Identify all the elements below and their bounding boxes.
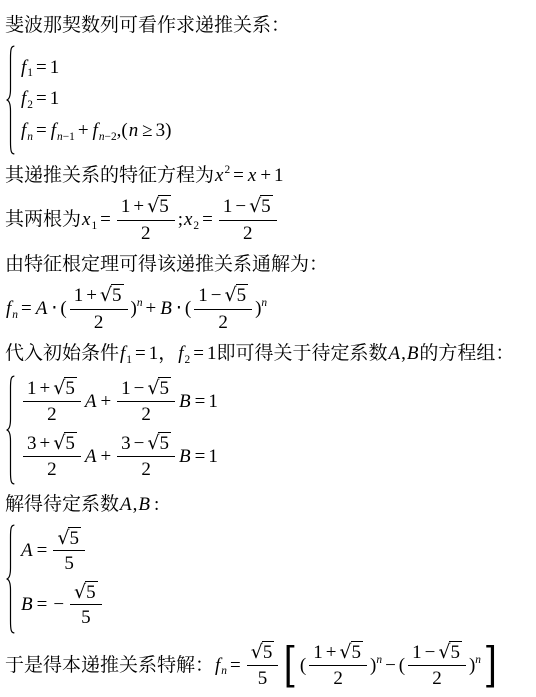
math-number: 1: [223, 196, 233, 217]
math-variable: B: [159, 298, 173, 319]
math-number: 1: [27, 378, 37, 399]
math-sqrt: √5: [339, 641, 363, 663]
text-run: 解得待定系数: [5, 493, 119, 515]
math-number: 5: [450, 642, 460, 663]
math-number: −1: [63, 131, 75, 143]
math-number: 2: [94, 312, 104, 333]
math-sqrt: √5: [147, 195, 171, 217]
math-document: 斐波那契数列可看作求递推关系：f1=1f2=1fn=fn−1+fn−2,(n≥3…: [0, 0, 536, 697]
math-variable: A: [387, 343, 401, 364]
math-number: 1: [198, 285, 208, 306]
math-operator: =: [34, 594, 51, 615]
fraction-denominator: 2: [117, 402, 175, 426]
fraction-numerator: 1−√5: [117, 377, 175, 402]
math-sqrt: √5: [147, 377, 171, 399]
particular-solution-line: 于是得本递推关系特解：fn=√55[(1+√52)n−(1−√52)n]: [5, 641, 532, 691]
math-number: 2: [47, 404, 57, 425]
math-number: 1: [208, 446, 218, 467]
radical-symbol: √: [147, 195, 158, 217]
initial-conditions-line: 代入初始条件f1=1，f2=1即可得关于待定系数A,B的方程组：: [5, 341, 532, 368]
math-operator: =: [132, 343, 149, 364]
math-sqrt: √5: [53, 377, 77, 399]
math-number: 1: [412, 642, 422, 663]
radical-symbol: √: [339, 641, 350, 663]
math-operator: =: [97, 209, 114, 230]
fraction-denominator: 5: [70, 605, 102, 629]
math-operator: −: [131, 433, 148, 454]
radical-symbol: √: [100, 284, 111, 306]
text-run: 于是得本递推关系特解：: [5, 654, 214, 676]
intro-line: 斐波那契数列可看作求递推关系：: [5, 13, 532, 38]
math-variable: B: [406, 343, 420, 364]
fraction-denominator: 2: [309, 666, 367, 690]
math-sqrt: √5: [57, 527, 81, 549]
math-variable: f: [50, 120, 57, 141]
math-operator: =: [190, 343, 207, 364]
math-operator: −: [208, 285, 225, 306]
fraction-denominator: 2: [408, 666, 466, 690]
math-variable: B: [178, 446, 192, 467]
text-run: 的方程组：: [419, 342, 514, 364]
left-curly-brace: [5, 375, 16, 485]
radicand: 5: [351, 641, 364, 662]
math-number: 5: [81, 607, 91, 628]
math-number: 5: [258, 668, 268, 689]
math-number: 1: [50, 88, 60, 109]
math-operator: =: [34, 540, 51, 561]
radicand: 5: [262, 641, 275, 662]
text-run: 其两根为: [5, 208, 81, 230]
math-number: 5: [263, 642, 273, 663]
radical-symbol: √: [249, 195, 260, 217]
math-subscript: n−1: [57, 129, 75, 143]
math-variable: x: [214, 165, 224, 186]
equation-stack: f1=1f2=1fn=fn−1+fn−2,(n≥3): [16, 53, 171, 148]
math-operator: +: [37, 378, 54, 399]
math-number: 2: [47, 459, 57, 480]
math-variable: A: [35, 298, 49, 319]
math-operator: =: [227, 655, 244, 676]
math-operator: +: [143, 298, 160, 319]
fibonacci-recurrence-system: f1=1f2=1fn=fn−1+fn−2,(n≥3): [5, 45, 532, 155]
math-subscript: n−2: [99, 129, 117, 143]
left-curly-brace: [5, 45, 16, 155]
math-number: 2: [141, 223, 151, 244]
radicand: 5: [158, 432, 171, 453]
math-sqrt: √5: [438, 641, 462, 663]
math-fraction: √55: [53, 527, 85, 576]
math-fraction: √55: [70, 581, 102, 630]
math-number: 1: [274, 165, 284, 186]
math-operator: =: [199, 209, 216, 230]
radicand: 5: [111, 284, 124, 305]
solve-coefficients-line: 解得待定系数A,B:: [5, 492, 532, 517]
characteristic-equation-line: 其递推关系的特征方程为x2=x+1: [5, 162, 532, 188]
math-operator: ⋅: [173, 298, 185, 319]
fraction-denominator: 2: [117, 221, 175, 245]
math-variable: B: [178, 391, 192, 412]
radicand: 5: [85, 581, 98, 602]
radicand: 5: [68, 527, 81, 548]
math-number: 5: [159, 378, 169, 399]
math-operator: =: [230, 165, 247, 186]
fraction-numerator: 1−√5: [194, 284, 252, 309]
math-number: 1: [50, 57, 60, 78]
radical-symbol: √: [53, 377, 64, 399]
math-number: (: [399, 655, 405, 676]
math-operator: =: [18, 298, 35, 319]
math-operator: +: [97, 446, 114, 467]
system-row: 1+√52A+1−√52B=1: [20, 375, 218, 430]
math-operator: =: [192, 446, 209, 467]
math-number: 5: [159, 433, 169, 454]
math-superscript: n: [261, 295, 267, 309]
math-variable: x: [81, 209, 91, 230]
fraction-numerator: 1+√5: [70, 284, 128, 309]
math-number: 3: [27, 433, 37, 454]
math-bracket: [: [284, 642, 297, 690]
system-row: f2=1: [20, 84, 171, 116]
math-operator: +: [83, 285, 100, 306]
math-number: 5: [352, 642, 362, 663]
math-number: 1: [208, 391, 218, 412]
math-sqrt: √5: [251, 641, 275, 663]
fraction-numerator: √5: [53, 527, 85, 551]
math-operator: ⋅: [48, 298, 60, 319]
math-operator: −: [382, 655, 399, 676]
math-number: (: [60, 298, 66, 319]
math-variable: A: [119, 494, 133, 515]
radical-symbol: √: [251, 641, 262, 663]
system-row: f1=1: [20, 53, 171, 85]
math-operator: +: [257, 165, 274, 186]
system-row: A=√55: [20, 525, 105, 579]
fraction-denominator: 5: [53, 551, 85, 575]
math-fraction: 1−√52: [194, 284, 252, 334]
fraction-denominator: 2: [23, 457, 81, 481]
fraction-numerator: 1+√5: [309, 641, 367, 666]
math-bracket: ]: [484, 642, 497, 690]
math-operator: =: [192, 391, 209, 412]
math-number: (: [300, 655, 306, 676]
fraction-denominator: 2: [70, 310, 128, 334]
math-number: 1: [121, 378, 131, 399]
math-operator: +: [37, 433, 54, 454]
math-variable: B: [137, 494, 151, 515]
math-number: 1: [121, 196, 131, 217]
math-number: 5: [69, 528, 79, 549]
math-sqrt: √5: [100, 284, 124, 306]
left-curly-brace: [5, 524, 16, 634]
math-fraction: 1+√52: [70, 284, 128, 334]
math-superscript: n: [475, 652, 481, 666]
system-row: 3+√52A+3−√52B=1: [20, 430, 218, 485]
math-operator: ≥: [139, 120, 155, 141]
fraction-numerator: 1+√5: [117, 195, 175, 220]
general-solution-intro-line: 由特征根定理可得该递推关系通解为：: [5, 252, 532, 277]
math-fraction: 1+√52: [117, 195, 175, 245]
math-number: 1: [207, 343, 217, 364]
math-operator: =: [33, 120, 50, 141]
radical-symbol: √: [438, 641, 449, 663]
radicand: 5: [64, 377, 77, 398]
math-sqrt: √5: [53, 432, 77, 454]
fraction-denominator: 5: [247, 666, 279, 690]
text-run: 代入初始条件: [5, 342, 119, 364]
math-variable: A: [84, 391, 98, 412]
equation-stack: A=√55B=−√55: [16, 525, 105, 633]
math-fraction: 3−√52: [117, 432, 175, 482]
math-number: −2: [105, 131, 117, 143]
math-number: 2: [218, 312, 228, 333]
math-operator: −: [232, 196, 249, 217]
math-number: 1: [149, 343, 159, 364]
math-variable: A: [84, 446, 98, 467]
fraction-denominator: 2: [219, 221, 277, 245]
radical-symbol: √: [147, 432, 158, 454]
math-sqrt: √5: [249, 195, 273, 217]
fraction-numerator: 1+√5: [23, 377, 81, 402]
math-sqrt: √5: [74, 581, 98, 603]
math-number: 5: [112, 285, 122, 306]
text-run: ，: [158, 342, 177, 364]
math-operator: −: [422, 642, 439, 663]
math-number: (: [185, 298, 191, 319]
roots-line: 其两根为x1=1+√52;x2=1−√52: [5, 195, 532, 245]
math-variable: n: [475, 654, 481, 666]
math-number: 2: [432, 668, 442, 689]
general-solution-equation: fn=A⋅(1+√52)n+B⋅(1−√52)n: [5, 284, 532, 334]
math-sqrt: √5: [224, 284, 248, 306]
radical-symbol: √: [224, 284, 235, 306]
math-variable: n: [128, 120, 140, 141]
math-number: 1: [313, 642, 323, 663]
math-number: 5: [237, 285, 247, 306]
math-operator: +: [130, 196, 147, 217]
radical-symbol: √: [53, 432, 64, 454]
math-operator: −: [50, 594, 67, 615]
math-number: 2: [243, 223, 253, 244]
radicand: 5: [236, 284, 249, 305]
math-operator: +: [323, 642, 340, 663]
math-variable: f: [177, 343, 184, 364]
fraction-denominator: 2: [117, 457, 175, 481]
text-run: 即可得关于待定系数: [216, 342, 387, 364]
math-operator: =: [33, 57, 50, 78]
radicand: 5: [158, 195, 171, 216]
system-row: fn=fn−1+fn−2,(n≥3): [20, 116, 171, 148]
math-variable: A: [20, 540, 34, 561]
math-operator: =: [33, 88, 50, 109]
fraction-numerator: √5: [70, 581, 102, 605]
math-fraction: 1−√52: [117, 377, 175, 427]
math-number: 2: [141, 459, 151, 480]
radicand: 5: [158, 377, 171, 398]
math-operator: −: [131, 378, 148, 399]
equation-stack: 1+√52A+1−√52B=13+√52A+3−√52B=1: [16, 375, 218, 485]
radicand: 5: [260, 195, 273, 216]
math-fraction: 1+√52: [23, 377, 81, 427]
radicand: 5: [449, 641, 462, 662]
fraction-denominator: 2: [23, 402, 81, 426]
radicand: 5: [64, 432, 77, 453]
math-number: ,(: [117, 120, 128, 141]
coefficient-values-system: A=√55B=−√55: [5, 524, 532, 634]
math-number: 5: [65, 433, 75, 454]
radical-symbol: √: [57, 527, 68, 549]
math-number: 5: [64, 553, 74, 574]
fraction-denominator: 2: [194, 310, 252, 334]
math-number: 2: [141, 404, 151, 425]
math-variable: f: [92, 120, 99, 141]
fraction-numerator: 1−√5: [219, 195, 277, 220]
math-operator: +: [75, 120, 92, 141]
text-run: 其递推关系的特征方程为: [5, 164, 214, 186]
math-variable: B: [20, 594, 34, 615]
math-fraction: 1−√52: [219, 195, 277, 245]
math-number: 3: [121, 433, 131, 454]
radical-symbol: √: [74, 581, 85, 603]
math-fraction: 1+√52: [309, 641, 367, 691]
math-superscript: n: [137, 295, 143, 309]
fraction-numerator: 1−√5: [408, 641, 466, 666]
math-variable: x: [183, 209, 193, 230]
math-operator: :: [151, 494, 162, 515]
math-sqrt: √5: [147, 432, 171, 454]
math-number: 5: [65, 378, 75, 399]
radical-symbol: √: [147, 377, 158, 399]
math-number: 1: [74, 285, 84, 306]
math-number: 5: [159, 196, 169, 217]
fraction-numerator: √5: [247, 641, 279, 665]
fraction-numerator: 3+√5: [23, 432, 81, 457]
math-number: 5: [86, 582, 96, 603]
math-variable: n: [261, 297, 267, 309]
coefficient-equations-system: 1+√52A+1−√52B=13+√52A+3−√52B=1: [5, 375, 532, 485]
math-fraction: 1−√52: [408, 641, 466, 691]
system-row: B=−√55: [20, 579, 105, 633]
math-number: 5: [261, 196, 271, 217]
fraction-numerator: 3−√5: [117, 432, 175, 457]
math-number: 3): [156, 120, 172, 141]
math-variable: n: [137, 297, 143, 309]
math-variable: x: [247, 165, 257, 186]
math-number: 2: [333, 668, 343, 689]
math-fraction: 3+√52: [23, 432, 81, 482]
math-operator: +: [97, 391, 114, 412]
math-fraction: √55: [247, 641, 279, 690]
